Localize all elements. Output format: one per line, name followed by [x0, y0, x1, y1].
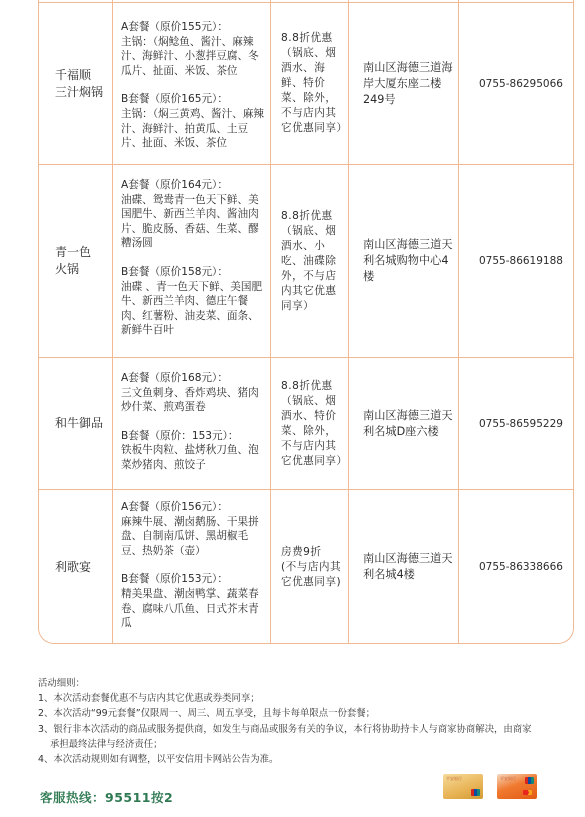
activity-rules: 活动细则： 1、本次活动套餐优惠不与店内其它优惠或券类同享； 2、本次活动“99… [38, 676, 531, 767]
discount-info: 8.8折优惠 （锅底、烟酒水、小吃、油碟除外，不与店内其它优惠同享） [271, 165, 349, 357]
rules-title: 活动细则： [38, 676, 531, 691]
rule-item: 2、本次活动“99元套餐”仅限周一、周三、周五享受，且每卡每单限点一份套餐； [38, 706, 531, 721]
table-row: 青一色 火锅 A套餐（原价164元）： 油碟、鸳鸯青一色天下鲜、美国肥牛、新西兰… [39, 165, 573, 357]
package-a: A套餐（原价156元）： 麻辣牛展、潮卤鹅肠、干果拼盘、自制南瓜饼、黑胡椒毛豆、… [121, 500, 265, 558]
phone-number: 0755-86295066 [459, 3, 575, 164]
unionpay-icon [525, 777, 534, 784]
rule-item: 4、本次活动规则如有调整，以平安信用卡网站公告为准。 [38, 752, 531, 767]
discount-info: 8.8折优惠 （锅底、烟酒水、特价菜、除外，不与店内其它优惠同享） [271, 358, 349, 489]
package-menu: A套餐（原价164元）： 油碟、鸳鸯青一色天下鲜、美国肥牛、新西兰羊肉、酱油肉片… [113, 165, 271, 357]
credit-card-gold-image: 平安银行 [443, 774, 483, 799]
table-row: 和牛御品 A套餐（原价168元）： 三文鱼刺身、香炸鸡块、猪肉炒什菜、煎鸡蛋卷 … [39, 358, 573, 489]
address: 南山区海德三道海岸大厦东座二楼249号 [349, 3, 459, 164]
rule-item: 1、本次活动套餐优惠不与店内其它优惠或券类同享； [38, 691, 531, 706]
package-a: A套餐（原价168元）： 三文鱼刺身、香炸鸡块、猪肉炒什菜、煎鸡蛋卷 [121, 371, 265, 415]
rule-item: 3、银行非本次活动的商品或服务提供商，如发生与商品或服务有关的争议，本行将协助持… [38, 722, 531, 737]
address: 南山区海德三道天利名城购物中心4楼 [349, 165, 459, 357]
package-b: B套餐（原价：153元）： 铁板牛肉粒、盐烤秋刀鱼、泡菜炒猪肉、煎饺子 [121, 429, 265, 473]
restaurant-name: 和牛御品 [39, 358, 113, 489]
package-menu: A套餐（原价155元）： 主锅：（焖鲶鱼、酱汁、麻辣汁、海鲜汁、小葱拌豆腐、冬瓜… [113, 3, 271, 164]
credit-card-orange-image: 平安银行 [497, 774, 537, 799]
phone-number: 0755-86338666 [459, 490, 575, 644]
discount-info: 8.8折优惠 （锅底、烟酒水、海鲜、特价菜、除外，不与店内其它优惠同享） [271, 3, 349, 164]
package-b: B套餐（原价158元）： 油碟 、青一色天下鲜、美国肥牛、新西兰羊肉、德庄午餐肉… [121, 265, 265, 338]
restaurant-name: 青一色 火锅 [39, 165, 113, 357]
package-menu: A套餐（原价168元）： 三文鱼刺身、香炸鸡块、猪肉炒什菜、煎鸡蛋卷 B套餐（原… [113, 358, 271, 489]
unionpay-icon [471, 789, 480, 796]
restaurant-name: 利歌宴 [39, 490, 113, 644]
package-b: B套餐（原价153元）： 精美果盘、潮卤鸭掌、蔬菜春卷、腐味八爪鱼、日式芥末青瓜 [121, 572, 265, 630]
table-row: 利歌宴 A套餐（原价156元）： 麻辣牛展、潮卤鹅肠、干果拼盘、自制南瓜饼、黑胡… [39, 490, 573, 644]
discount-info: 房费9折 (不与店内其它优惠同享) [271, 490, 349, 644]
phone-number: 0755-86595229 [459, 358, 575, 489]
rule-item: 承担最终法律与经济责任； [38, 737, 531, 752]
table-row: 千福顺 三汁焖锅 A套餐（原价155元）： 主锅：（焖鲶鱼、酱汁、麻辣汁、海鲜汁… [39, 3, 573, 164]
address: 南山区海德三道天利名城D座六楼 [349, 358, 459, 489]
package-a: A套餐（原价155元）： 主锅：（焖鲶鱼、酱汁、麻辣汁、海鲜汁、小葱拌豆腐、冬瓜… [121, 20, 265, 78]
customer-service-hotline: 客服热线：95511按2 [40, 788, 173, 806]
card-brand-label: 平安银行 [500, 776, 516, 782]
package-b: B套餐（原价165元）： 主锅：（焖三黄鸡、酱汁、麻辣汁、海鲜汁、拍黄瓜、土豆片… [121, 92, 265, 150]
card-brand-label: 平安银行 [446, 776, 462, 782]
package-menu: A套餐（原价156元）： 麻辣牛展、潮卤鹅肠、干果拼盘、自制南瓜饼、黑胡椒毛豆、… [113, 490, 271, 644]
mastercard-icon [523, 790, 532, 795]
phone-number: 0755-86619188 [459, 165, 575, 357]
restaurant-name: 千福顺 三汁焖锅 [39, 3, 113, 164]
restaurant-table: 千福顺 三汁焖锅 A套餐（原价155元）： 主锅：（焖鲶鱼、酱汁、麻辣汁、海鲜汁… [38, 0, 574, 644]
package-a: A套餐（原价164元）： 油碟、鸳鸯青一色天下鲜、美国肥牛、新西兰羊肉、酱油肉片… [121, 178, 265, 251]
address: 南山区海德三道天利名城4楼 [349, 490, 459, 644]
